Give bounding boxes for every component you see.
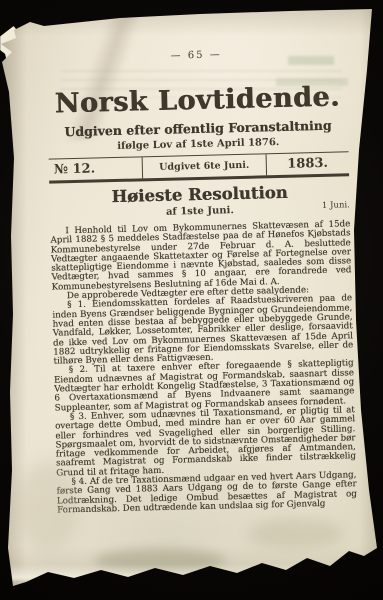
paper-stain bbox=[248, 518, 343, 550]
body-text: I Henhold til Lov om Bykommunernes Skatt… bbox=[50, 220, 357, 515]
margin-date-note: 1 Juni. bbox=[322, 200, 350, 211]
issue-published-date: Udgivet 6te Juni. bbox=[143, 154, 267, 178]
paper-stain bbox=[150, 575, 310, 589]
issue-info-row: № 12. Udgivet 6te Juni. 1883. bbox=[49, 151, 350, 183]
photo-background: — 65 — Norsk Lovtidende. Udgiven efter o… bbox=[0, 0, 383, 600]
masthead-title: Norsk Lovtidende. bbox=[47, 81, 348, 119]
paper-stain bbox=[95, 548, 225, 574]
page-number: — 65 — bbox=[46, 46, 346, 64]
paragraph-intro: I Henhold til Lov om Bykommunernes Skatt… bbox=[50, 220, 352, 292]
issue-year: 1883. bbox=[266, 152, 349, 175]
printed-content: — 65 — Norsk Lovtidende. Udgiven efter o… bbox=[46, 46, 357, 515]
paragraph-section-1: § 1. Eiendomsskatten fordeles af Raadstu… bbox=[52, 295, 354, 367]
paragraph-section-3: § 3. Enhver, som udnævnes til Taxationsm… bbox=[55, 406, 357, 478]
torn-edge-fibers bbox=[10, 564, 370, 580]
section-heading-block: Høieste Resolution af 1ste Juni. 1 Juni. bbox=[49, 181, 350, 220]
paragraph-section-4: § 4. Af de tre Taxationsmænd udgaar en v… bbox=[56, 471, 357, 516]
paper-page: — 65 — Norsk Lovtidende. Udgiven efter o… bbox=[0, 0, 383, 600]
issue-number: № 12. bbox=[49, 157, 144, 180]
